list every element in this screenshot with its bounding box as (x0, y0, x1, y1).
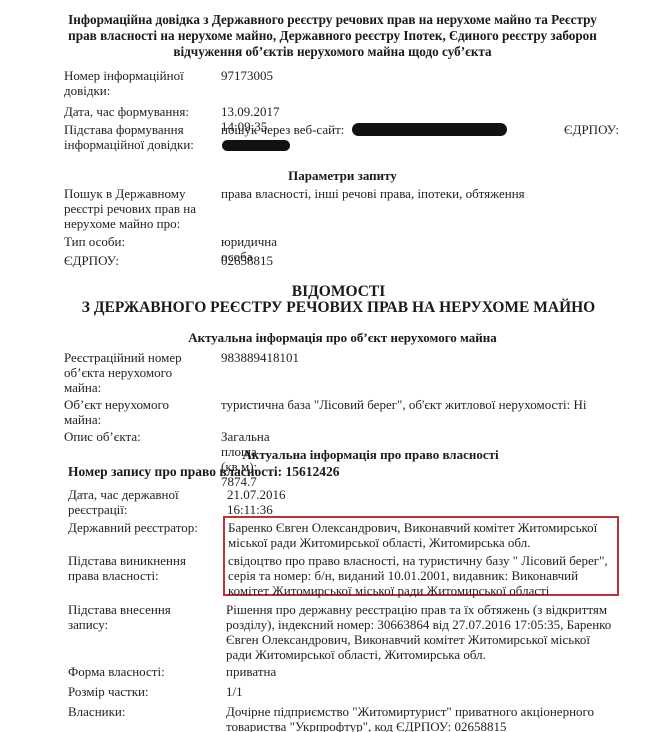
label-line: права власності: (68, 568, 218, 583)
ownership-record-number: Номер запису про право власності: 156124… (68, 464, 340, 480)
label-line: запису: (68, 617, 218, 632)
label-line: майна: (64, 412, 214, 427)
field-label: Опис об’єкта: (64, 429, 214, 444)
field-label: Об’єкт нерухомого майна: (64, 397, 214, 427)
field-value: свідоцтво про право власності, на турист… (228, 553, 620, 598)
value-line: серія та номер: б/н, виданий 10.01.2001,… (228, 568, 620, 583)
value-line: Євген Олександрович, Виконавчий комітет … (226, 632, 626, 647)
field-label: Підстава внесення запису: (68, 602, 218, 632)
value-line: розділу), індексний номер: 30663864 від … (226, 617, 626, 632)
field-value: 97173005 (221, 68, 273, 83)
label-line: довідки: (64, 83, 214, 98)
value-line: комітет Житомирської міської ради Житоми… (228, 583, 620, 598)
field-label: Реєстраційний номер об’єкта нерухомого м… (64, 350, 214, 395)
field-value: Дочірне підприємство "Житомиртурист" при… (226, 704, 626, 732)
value-line: свідоцтво про право власності, на турист… (228, 553, 620, 568)
value-line: Рішення про державну реєстрацію прав та … (226, 602, 626, 617)
label-line: реєстрації: (68, 502, 218, 517)
field-value: 02658815 (221, 253, 273, 268)
basis-edrpou-label: ЄДРПОУ: (564, 122, 619, 137)
basis-prefix: пошук через веб-сайт: (221, 122, 344, 137)
field-label: Розмір частки: (68, 684, 218, 699)
field-label: Номер інформаційної довідки: (64, 68, 214, 98)
label-line: Об’єкт нерухомого (64, 397, 214, 412)
field-label: Підстава формування інформаційної довідк… (64, 122, 214, 152)
field-label: Дата, час формування: (64, 104, 214, 119)
field-label: Пошук в Державному реєстрі речових прав … (64, 186, 214, 231)
field-label: Тип особи: (64, 234, 214, 249)
label-line: Підстава виникнення (68, 553, 218, 568)
registry-heading-1: ВІДОМОСТІ (6, 283, 665, 300)
ownership-info-heading: Актуальна інформація про право власності (38, 447, 665, 463)
query-params-heading: Параметри запиту (10, 168, 665, 184)
field-value: 983889418101 (221, 350, 299, 365)
document-title: Інформаційна довідка з Державного реєстр… (40, 12, 625, 60)
label-line: Підстава внесення (68, 602, 218, 617)
field-value: Рішення про державну реєстрацію прав та … (226, 602, 626, 662)
label-line: Пошук в Державному (64, 186, 214, 201)
redaction-website (352, 123, 507, 136)
label-line: Реєстраційний номер (64, 350, 214, 365)
field-value: 21.07.2016 16:11:36 (227, 487, 286, 517)
object-info-heading: Актуальна інформація про об’єкт нерухомо… (10, 330, 665, 346)
field-value: 1/1 (226, 684, 243, 699)
field-label: Власники: (68, 704, 218, 719)
field-label: ЄДРПОУ: (64, 253, 214, 268)
label-line: Підстава формування (64, 122, 214, 137)
field-label: Державний реєстратор: (68, 520, 218, 535)
field-value: Баренко Євген Олександрович, Виконавчий … (228, 520, 618, 550)
label-line: реєстрі речових прав на (64, 201, 214, 216)
label-line: майна: (64, 380, 214, 395)
field-label: Форма власності: (68, 664, 218, 679)
field-value: туристична база "Лісовий берег", об'єкт … (221, 397, 651, 412)
label-line: об’єкта нерухомого (64, 365, 214, 380)
field-value: права власності, інші речові права, іпот… (221, 186, 641, 201)
field-label: Дата, час державної реєстрації: (68, 487, 218, 517)
value-line: товариства "Укрпрофтур", код ЄДРПОУ: 026… (226, 719, 626, 732)
label-line: Дата, час державної (68, 487, 218, 502)
label-line: Номер інформаційної (64, 68, 214, 83)
field-label: Підстава виникнення права власності: (68, 553, 218, 583)
title-line-3: відчуження об’єктів нерухомого майна щод… (40, 44, 625, 60)
value-line: Баренко Євген Олександрович, Виконавчий … (228, 520, 618, 535)
label-line: нерухоме майно про: (64, 216, 214, 231)
field-value: приватна (226, 664, 276, 679)
value-line: Дочірне підприємство "Житомиртурист" при… (226, 704, 626, 719)
value-line: ради Житомирської області, Житомирська о… (226, 647, 626, 662)
redaction-edrpou (222, 140, 290, 151)
title-line-1: Інформаційна довідка з Державного реєстр… (40, 12, 625, 28)
registry-heading-2: З ДЕРЖАВНОГО РЕЄСТРУ РЕЧОВИХ ПРАВ НА НЕР… (6, 299, 665, 316)
value-line: міської ради Житомирської області, Житом… (228, 535, 618, 550)
title-line-2: прав власності на нерухоме майно, Держав… (40, 28, 625, 44)
label-line: інформаційної довідки: (64, 137, 214, 152)
